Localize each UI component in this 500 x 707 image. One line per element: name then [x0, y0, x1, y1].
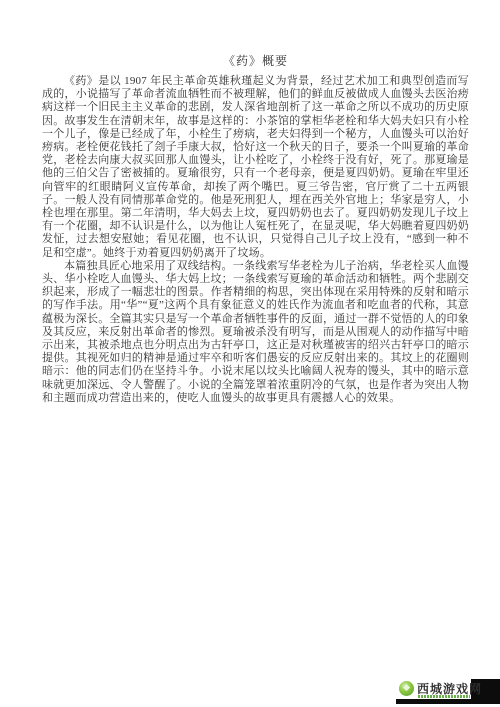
site-logo: 西城游戏网: [399, 680, 482, 696]
paragraph-summary: 《药》是以 1907 年民主革命英雄秋瑾起义为背景，经过艺术加工和典型创造而写成…: [42, 75, 469, 260]
site-logo-leaf-icon: [399, 681, 414, 696]
article-body: 《药》概要 《药》是以 1907 年民主革命英雄秋瑾起义为背景，经过艺术加工和典…: [42, 52, 469, 405]
page-title: 《药》概要: [42, 52, 469, 69]
paragraph-analysis: 本篇独具匠心地采用了双线结构。一条线索写华老栓为儿子治病，华老栓买人血馒头、华小…: [42, 260, 469, 405]
document-page: 《药》概要 《药》是以 1907 年民主革命英雄秋瑾起义为背景，经过艺术加工和典…: [0, 0, 500, 707]
site-watermark: 西城游戏网: [395, 660, 500, 707]
bottom-black-strip: [396, 699, 500, 704]
site-logo-tagline: [418, 695, 470, 698]
site-logo-text: 西城游戏网: [417, 680, 482, 697]
